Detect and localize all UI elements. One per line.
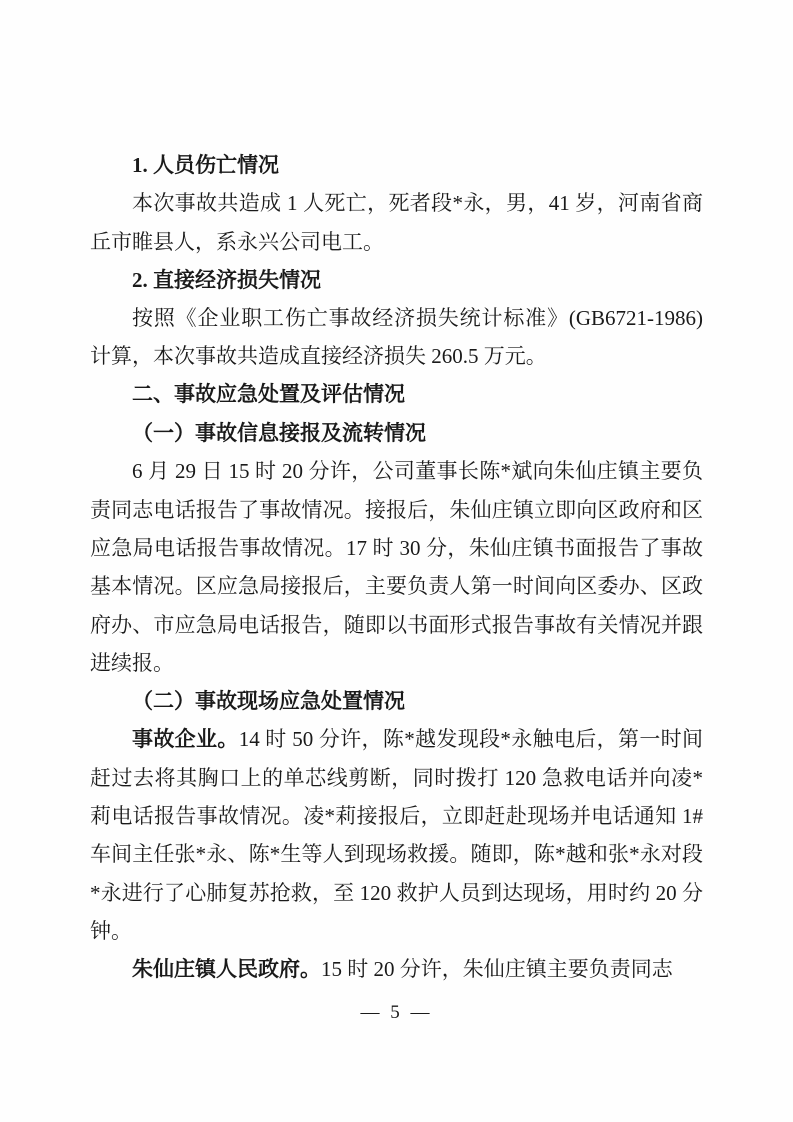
paragraph-enterprise-response: 事故企业。14 时 50 分许，陈*越发现段*永触电后，第一时间赶过去将其胸口上… bbox=[90, 720, 703, 950]
paragraph-lead-town-government: 朱仙庄镇人民政府。 bbox=[132, 957, 321, 981]
document-body: 1. 人员伤亡情况 本次事故共造成 1 人死亡，死者段*永，男，41 岁，河南省… bbox=[90, 146, 703, 989]
paragraph-lead-enterprise: 事故企业。 bbox=[132, 727, 239, 751]
page-number: — 5 — bbox=[0, 1002, 793, 1024]
heading-economic-loss: 2. 直接经济损失情况 bbox=[90, 261, 703, 299]
paragraph-economic-loss-details: 按照《企业职工伤亡事故经济损失统计标准》(GB6721-1986) 计算，本次事… bbox=[90, 299, 703, 376]
paragraph-text-enterprise: 14 时 50 分许，陈*越发现段*永触电后，第一时间赶过去将其胸口上的单芯线剪… bbox=[90, 727, 703, 942]
heading-onsite-emergency-handling: （二）事故现场应急处置情况 bbox=[90, 682, 703, 720]
paragraph-text-town-government: 15 时 20 分许，朱仙庄镇主要负责同志 bbox=[321, 957, 673, 981]
paragraph-casualty-details: 本次事故共造成 1 人死亡，死者段*永，男，41 岁，河南省商丘市睢县人，系永兴… bbox=[90, 184, 703, 261]
paragraph-incident-reporting-details: 6 月 29 日 15 时 20 分许，公司董事长陈*斌向朱仙庄镇主要负责同志电… bbox=[90, 452, 703, 682]
document-page: 1. 人员伤亡情况 本次事故共造成 1 人死亡，死者段*永，男，41 岁，河南省… bbox=[0, 0, 793, 1122]
paragraph-town-government-response: 朱仙庄镇人民政府。15 时 20 分许，朱仙庄镇主要负责同志 bbox=[90, 950, 703, 988]
heading-emergency-response-section: 二、事故应急处置及评估情况 bbox=[90, 376, 703, 414]
heading-incident-reporting: （一）事故信息接报及流转情况 bbox=[90, 414, 703, 452]
heading-casualty-situation: 1. 人员伤亡情况 bbox=[90, 146, 703, 184]
